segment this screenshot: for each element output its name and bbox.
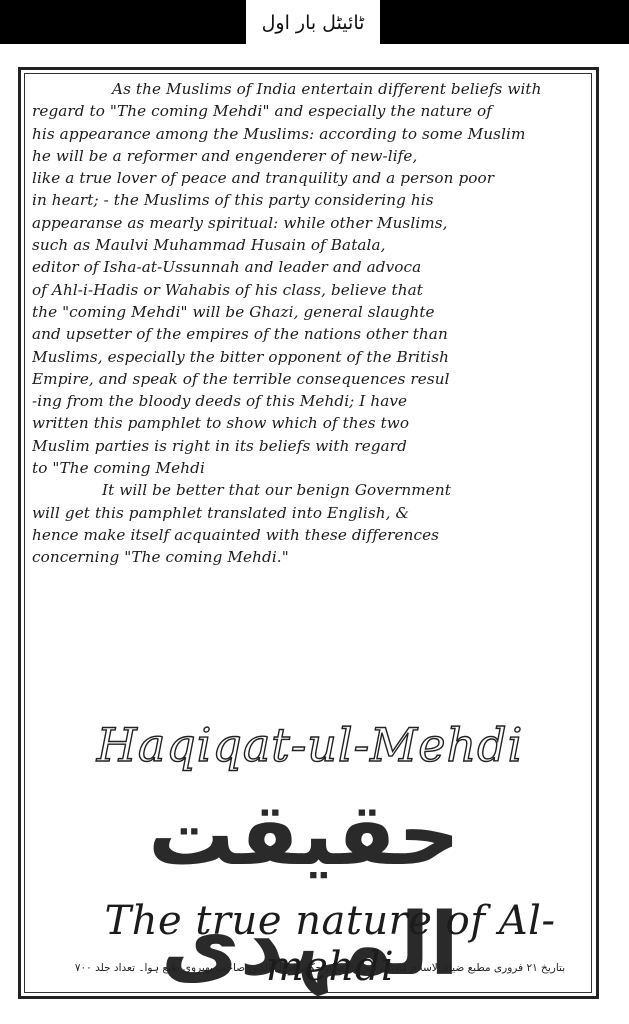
page-header-title: ٹائیٹل بار اول: [246, 12, 380, 34]
letter-line: the "coming Mehdi" will be Ghazi, genera…: [32, 301, 590, 323]
letter-line: Empire, and speak of the terrible conseq…: [32, 368, 590, 390]
handwritten-letter: As the Muslims of India entertain differ…: [32, 78, 590, 569]
book-title-latin: Haqiqat-ul-Mehdi: [60, 718, 560, 772]
letter-line: in heart; - the Muslims of this party co…: [32, 189, 590, 211]
letter-line: As the Muslims of India entertain differ…: [32, 78, 590, 100]
letter-line: concerning "The coming Mehdi.": [32, 546, 590, 568]
letter-line: such as Maulvi Muhammad Husain of Batala…: [32, 234, 590, 256]
letter-line: Muslim parties is right in its beliefs w…: [32, 435, 590, 457]
header-bar-right: [380, 0, 629, 44]
letter-line: Muslims, especially the bitter opponent …: [32, 346, 590, 368]
letter-line: to "The coming Mehdi: [32, 457, 590, 479]
letter-line: appearanse as mearly spiritual: while ot…: [32, 212, 590, 234]
printing-imprint: بتاریخ ۲۱ فروری مطبع ضیاء الاسلام قادیان…: [58, 962, 582, 974]
letter-line: and upsetter of the empires of the natio…: [32, 323, 590, 345]
header-bar-left: [0, 0, 246, 44]
letter-line: he will be a reformer and engenderer of …: [32, 145, 590, 167]
letter-line: like a true lover of peace and tranquili…: [32, 167, 590, 189]
letter-line: will get this pamphlet translated into E…: [32, 502, 590, 524]
letter-line: editor of Isha-at-Ussunnah and leader an…: [32, 256, 590, 278]
letter-line: -ing from the bloody deeds of this Mehdi…: [32, 390, 590, 412]
letter-line: It will be better that our benign Govern…: [32, 479, 590, 501]
letter-line: of Ahl-i-Hadis or Wahabis of his class, …: [32, 279, 590, 301]
letter-line: his appearance among the Muslims: accord…: [32, 123, 590, 145]
book-subtitle: The true nature of Al-mehdi: [60, 898, 600, 990]
letter-line: written this pamphlet to show which of t…: [32, 412, 590, 434]
letter-line: regard to "The coming Mehdi" and especia…: [32, 100, 590, 122]
letter-line: hence make itself acquainted with these …: [32, 524, 590, 546]
